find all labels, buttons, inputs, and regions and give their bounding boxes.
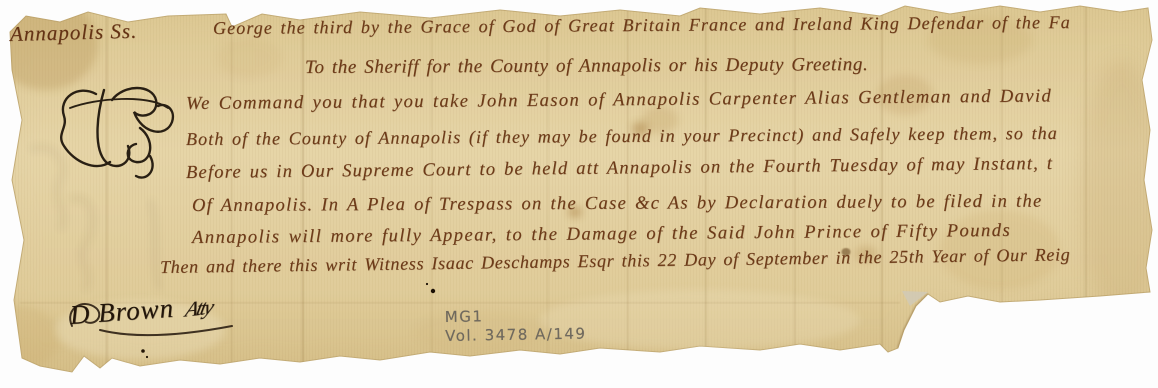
archive-note-line1: MG1 [445,306,587,327]
signature-name: D Brown [69,293,175,330]
margin-heading: Annapolis Ss. [10,19,138,47]
signature-suffix: Atty [183,294,214,322]
document-scan: Annapolis Ss. George the third by the Gr… [0,0,1158,388]
archive-note-line2: Vol. 3478 A/149 [445,325,587,346]
body-line-6: Of Annapolis. In A Plea of Trespass on t… [192,192,1043,217]
archive-note: MG1 Vol. 3478 A/149 [445,306,587,346]
body-line-2: To the Sheriff for the County of Annapol… [305,54,868,79]
